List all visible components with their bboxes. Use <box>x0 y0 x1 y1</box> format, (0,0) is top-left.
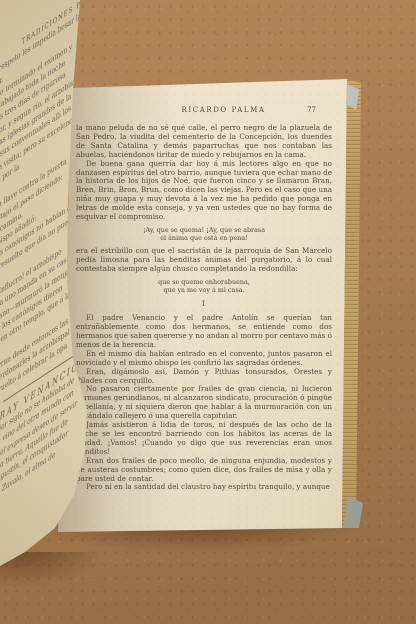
text-block: Pero ni en la santidad del claustro hay … <box>76 483 332 492</box>
page-content: RICARDO PALMA 77 la mano peluda de no sé… <box>76 106 332 492</box>
text-block: I <box>76 300 332 309</box>
text-block: El padre Venancio y el padre Antolín se … <box>76 314 332 350</box>
text-block: Eran dos frailes de poco meollo, de ning… <box>76 457 332 484</box>
page-body: la mano peluda de no sé qué calle, el pe… <box>76 124 332 492</box>
running-header: RICARDO PALMA <box>182 106 266 114</box>
text-block: Eran, digámoslo así, Damón y Pithias ton… <box>76 368 332 386</box>
book-photo: RICARDO PALMA 77 la mano peluda de no sé… <box>0 0 416 624</box>
text-block: que se queme enhorabuena, que ya me voy … <box>76 278 332 295</box>
page-number: 77 <box>307 106 316 114</box>
text-block: ¡Ay, que se quema! ¡Ay, que se abrasa el… <box>76 226 332 243</box>
text-block: No pasaron ciertamente por frailes de gr… <box>76 385 332 421</box>
text-block: la mano peluda de no sé qué calle, el pe… <box>76 124 332 160</box>
page-header-row: RICARDO PALMA 77 <box>76 106 332 114</box>
text-block: En el mismo día habían entrado en el con… <box>76 350 332 368</box>
text-block: Jamás asistieron á lidia de toros, ni de… <box>76 421 332 457</box>
text-block: era el estribillo con que el sacristán d… <box>76 247 332 274</box>
text-block: De buena gana querría dar hoy á mis lect… <box>76 160 332 222</box>
